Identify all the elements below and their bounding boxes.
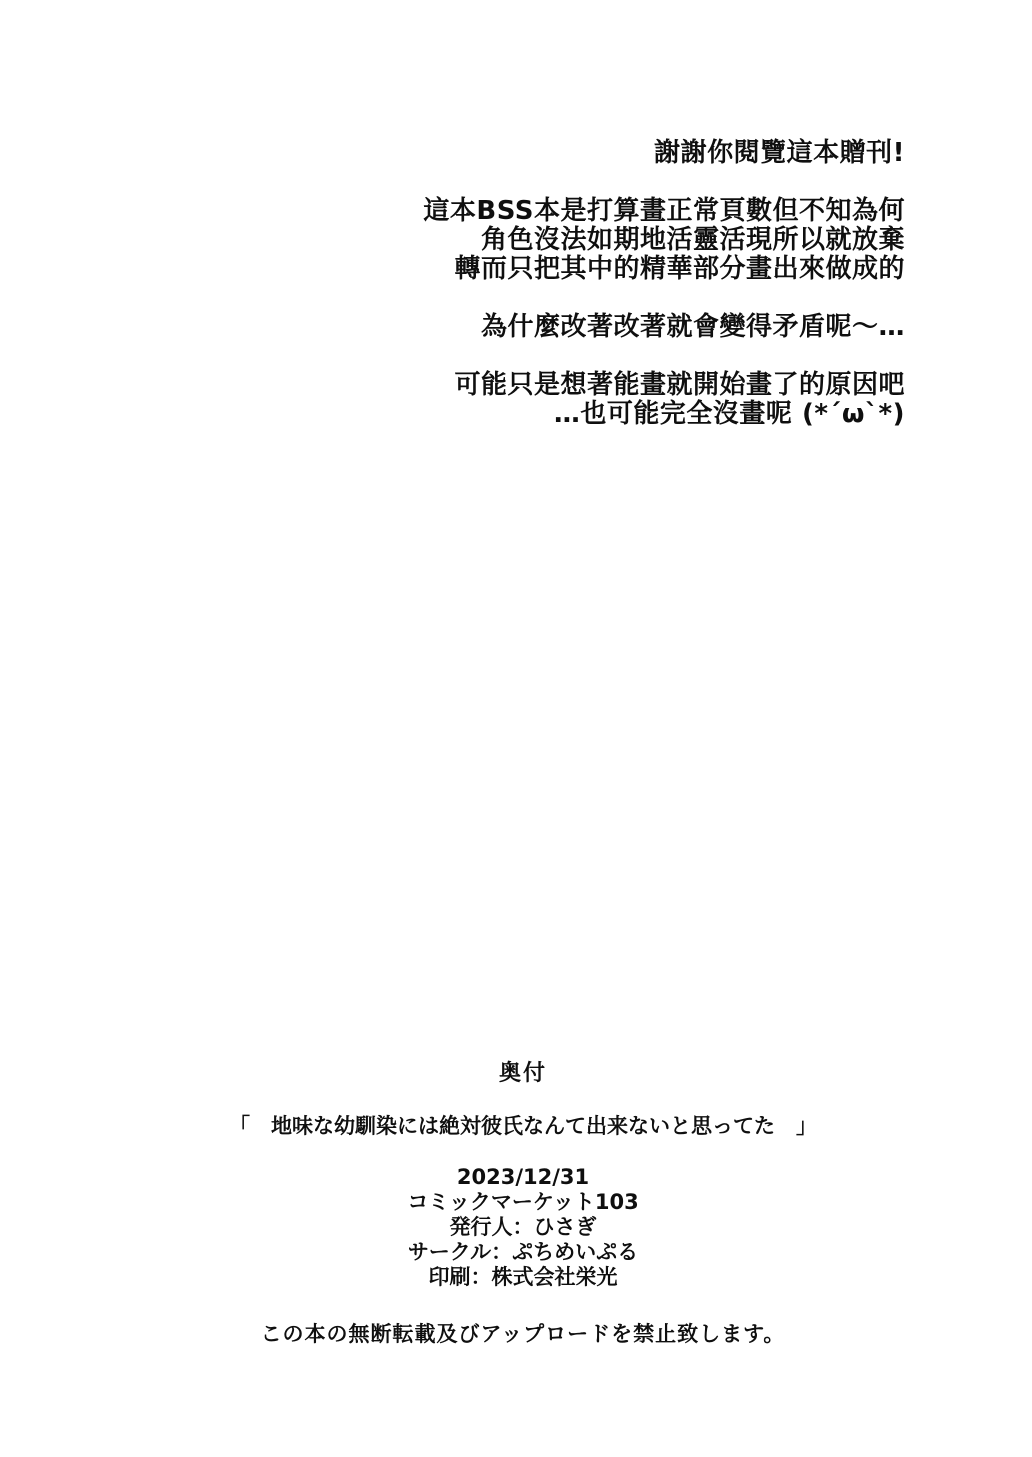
thanks-line: 謝謝你閱覽這本贈刊! <box>60 139 905 168</box>
afterword-line: 角色沒法如期地活靈活現所以就放棄 <box>60 226 905 255</box>
afterword-page: 謝謝你閱覽這本贈刊! 這本BSS本是打算畫正常頁數但不知為何 角色沒法如期地活靈… <box>0 0 1032 1457</box>
thanks-paragraph: 謝謝你閱覽這本贈刊! <box>60 139 905 168</box>
afterword-line: 可能只是想著能畫就開始畫了的原因吧 <box>60 371 905 400</box>
afterword-text-block: 謝謝你閱覽這本贈刊! 這本BSS本是打算畫正常頁數但不知為何 角色沒法如期地活靈… <box>60 139 905 429</box>
release-date: 2023/12/31 <box>14 1165 1032 1190</box>
afterword-paragraph-2: 為什麼改著改著就會變得矛盾呢～… <box>60 313 905 342</box>
afterword-line: 為什麼改著改著就會變得矛盾呢～… <box>60 313 905 342</box>
publisher-line: 発行人：ひさぎ <box>14 1215 1032 1240</box>
book-title: 「 地味な幼馴染には絶対彼氏なんて出来ないと思ってた 」 <box>14 1114 1032 1139</box>
circle-line: サークル：ぷちめいぷる <box>14 1240 1032 1265</box>
colophon-block: 奥付 「 地味な幼馴染には絶対彼氏なんて出来ないと思ってた 」 2023/12/… <box>0 1061 1032 1347</box>
event-name: コミックマーケット103 <box>14 1190 1032 1215</box>
afterword-line: 這本BSS本是打算畫正常頁數但不知為何 <box>60 197 905 226</box>
copyright-notice: この本の無断転載及びアップロードを禁止致します。 <box>14 1322 1032 1347</box>
afterword-line-emoticon: …也可能完全沒畫呢 (*´ω`*) <box>60 400 905 429</box>
afterword-paragraph-1: 這本BSS本是打算畫正常頁數但不知為何 角色沒法如期地活靈活現所以就放棄 轉而只… <box>60 197 905 284</box>
colophon-heading: 奥付 <box>14 1061 1032 1086</box>
afterword-paragraph-3: 可能只是想著能畫就開始畫了的原因吧 …也可能完全沒畫呢 (*´ω`*) <box>60 371 905 429</box>
afterword-line: 轉而只把其中的精華部分畫出來做成的 <box>60 255 905 284</box>
publication-info: 2023/12/31 コミックマーケット103 発行人：ひさぎ サークル：ぷちめ… <box>14 1165 1032 1290</box>
printer-line: 印刷：株式会社栄光 <box>14 1265 1032 1290</box>
